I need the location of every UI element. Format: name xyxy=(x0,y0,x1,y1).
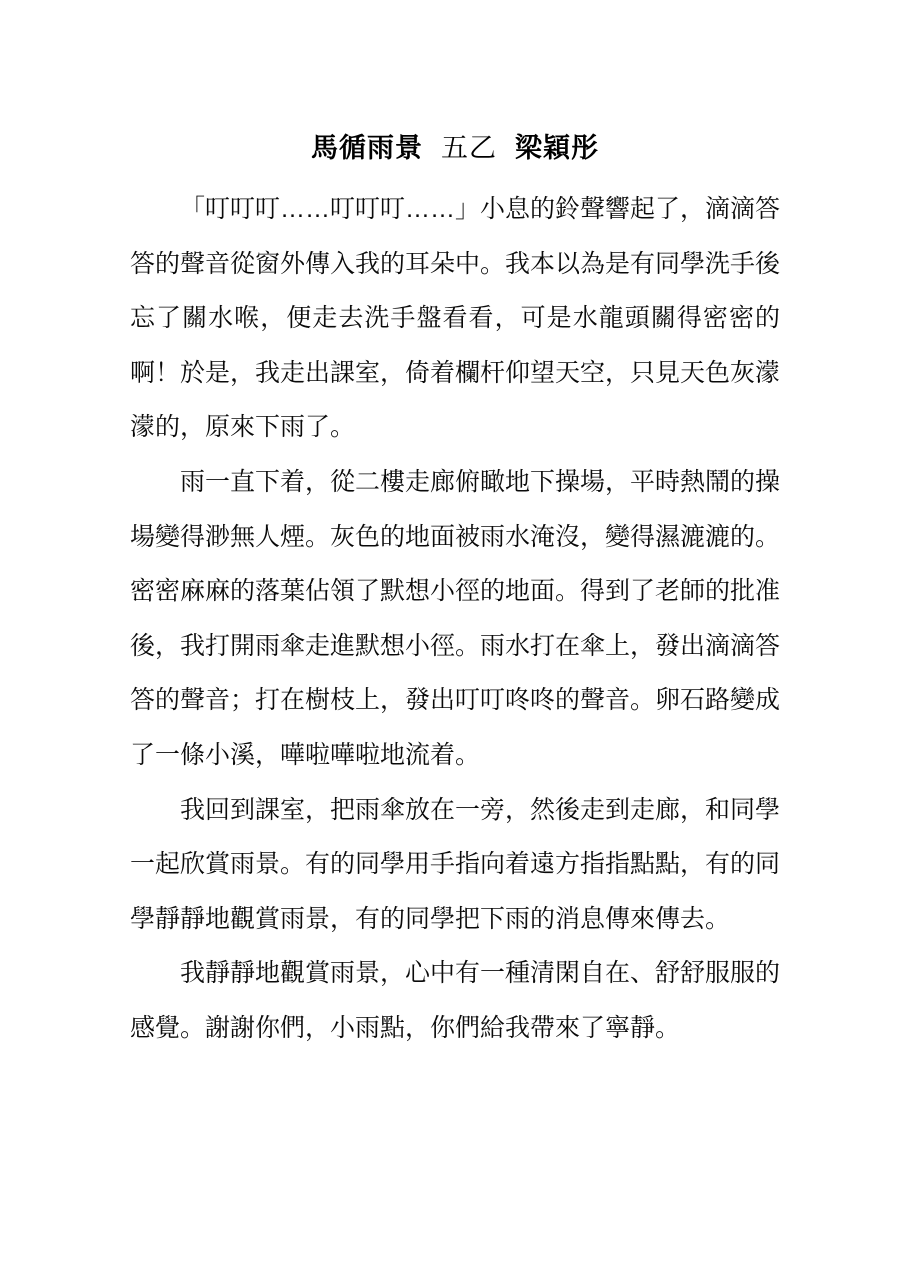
essay-paragraph-3: 我回到課室，把雨傘放在一旁，然後走到走廊，和同學一起欣賞雨景。有的同學用手指向着… xyxy=(130,783,780,947)
essay-body: 「叮叮叮……叮叮叮……」小息的鈴聲響起了，滴滴答答的聲音從窗外傳入我的耳朵中。我… xyxy=(130,182,780,1056)
essay-title-text: 馬循雨景 xyxy=(311,133,423,163)
essay-title: 馬循雨景 五乙 梁穎彤 xyxy=(130,128,780,168)
essay-paragraph-4: 我靜靜地觀賞雨景，心中有一種清閑自在、舒舒服服的感覺。謝謝你們，小雨點，你們給我… xyxy=(130,946,780,1055)
class-label: 五乙 xyxy=(441,133,497,163)
document-page: 馬循雨景 五乙 梁穎彤 「叮叮叮……叮叮叮……」小息的鈴聲響起了，滴滴答答的聲音… xyxy=(0,0,905,1280)
essay-paragraph-1: 「叮叮叮……叮叮叮……」小息的鈴聲響起了，滴滴答答的聲音從窗外傳入我的耳朵中。我… xyxy=(130,182,780,455)
author-name: 梁穎彤 xyxy=(515,133,599,163)
essay-paragraph-2: 雨一直下着，從二樓走廊俯瞰地下操場，平時熱鬧的操場變得渺無人煙。灰色的地面被雨水… xyxy=(130,455,780,783)
